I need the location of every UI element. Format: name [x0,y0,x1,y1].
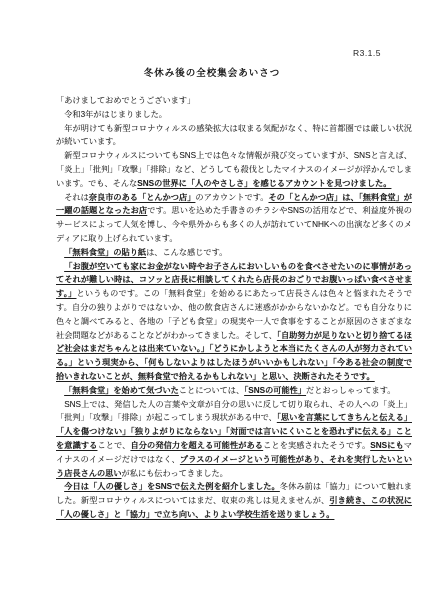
emphasized-text: 「無料食堂」を始めて気づいた [64,386,179,395]
text-run: だとおっしゃってます。 [306,386,395,395]
paragraph: 「無料食堂」を始めて気づいたことについては、「SNSの可能性」だとおっしゃってま… [56,384,412,398]
emphasized-text: SNSにも [370,441,404,450]
paragraph: 年が明けても新型コロナウィルスの感染拡大は収まる気配がなく、特に首都圏では厳しい… [56,122,412,150]
text-run: それは [64,193,89,202]
text-run: ことについては、 [179,386,244,395]
text-run: のアカウントです。 [195,193,268,202]
paragraph: 令和3年がはじまりました。 [56,108,412,122]
emphasized-text: 今日は「人の優しさ」をSNSで伝えた例を紹介しました。 [64,482,280,491]
emphasized-text: 「SNSの可能性」 [244,386,306,395]
paragraph: 今日は「人の優しさ」をSNSで伝えた例を紹介しました。冬休み前は「協力」について… [56,480,412,521]
paragraph: 「あけましておめでとうございます」 [56,94,412,108]
text-run: 年が明けても新型コロナウィルスの感染拡大は収まる気配がなく、特に首都圏では厳しい… [56,124,412,147]
text-run: が私にも伝わってきました。 [122,469,228,478]
paragraph: SNS上では、発信した人の言葉や文章が自分の思いに反して切り取られ、その人への「… [56,398,412,481]
paragraph: 「無料食堂」の貼り紙は、こんな感じです。 [56,246,412,260]
paragraph: 新型コロナウィルスについてもSNS上では色々な情報が飛び交っていますが、SNSと… [56,149,412,190]
text-run: 令和3年がはじまりました。 [64,110,167,119]
paragraph: 「お腹が空いても家にお金がない時やお子さんにおいしいものを食べさせたいのに事情が… [56,260,412,384]
emphasized-text: 自分の発信力を超える可能性がある [130,441,263,450]
text-run: は、こんな感じです。 [146,248,227,257]
text-run: 「あけましておめでとうございます」 [56,96,195,105]
emphasized-text: SNSの世界に「人のやさしさ」を感じるアカウントを見つけました。 [137,179,391,188]
emphasized-text: 奈良市のある「とんかつ店」 [89,193,196,202]
document-page: R3.1.5 冬休み後の全校集会あいさつ 「あけましておめでとうございます」令和… [0,0,424,600]
text-run: ことを実感されたそうです。 [263,441,370,450]
emphasized-text: 「無料食堂」の貼り紙 [64,248,146,257]
document-date: R3.1.5 [353,48,381,58]
paragraph: それは奈良市のある「とんかつ店」のアカウントです。その「とんかつ店」は、「無料食… [56,191,412,246]
text-run: ことで、 [97,441,130,450]
document-body: 「あけましておめでとうございます」令和3年がはじまりました。年が明けても新型コロ… [56,94,412,522]
document-title: 冬休み後の全校集会あいさつ [0,65,424,79]
